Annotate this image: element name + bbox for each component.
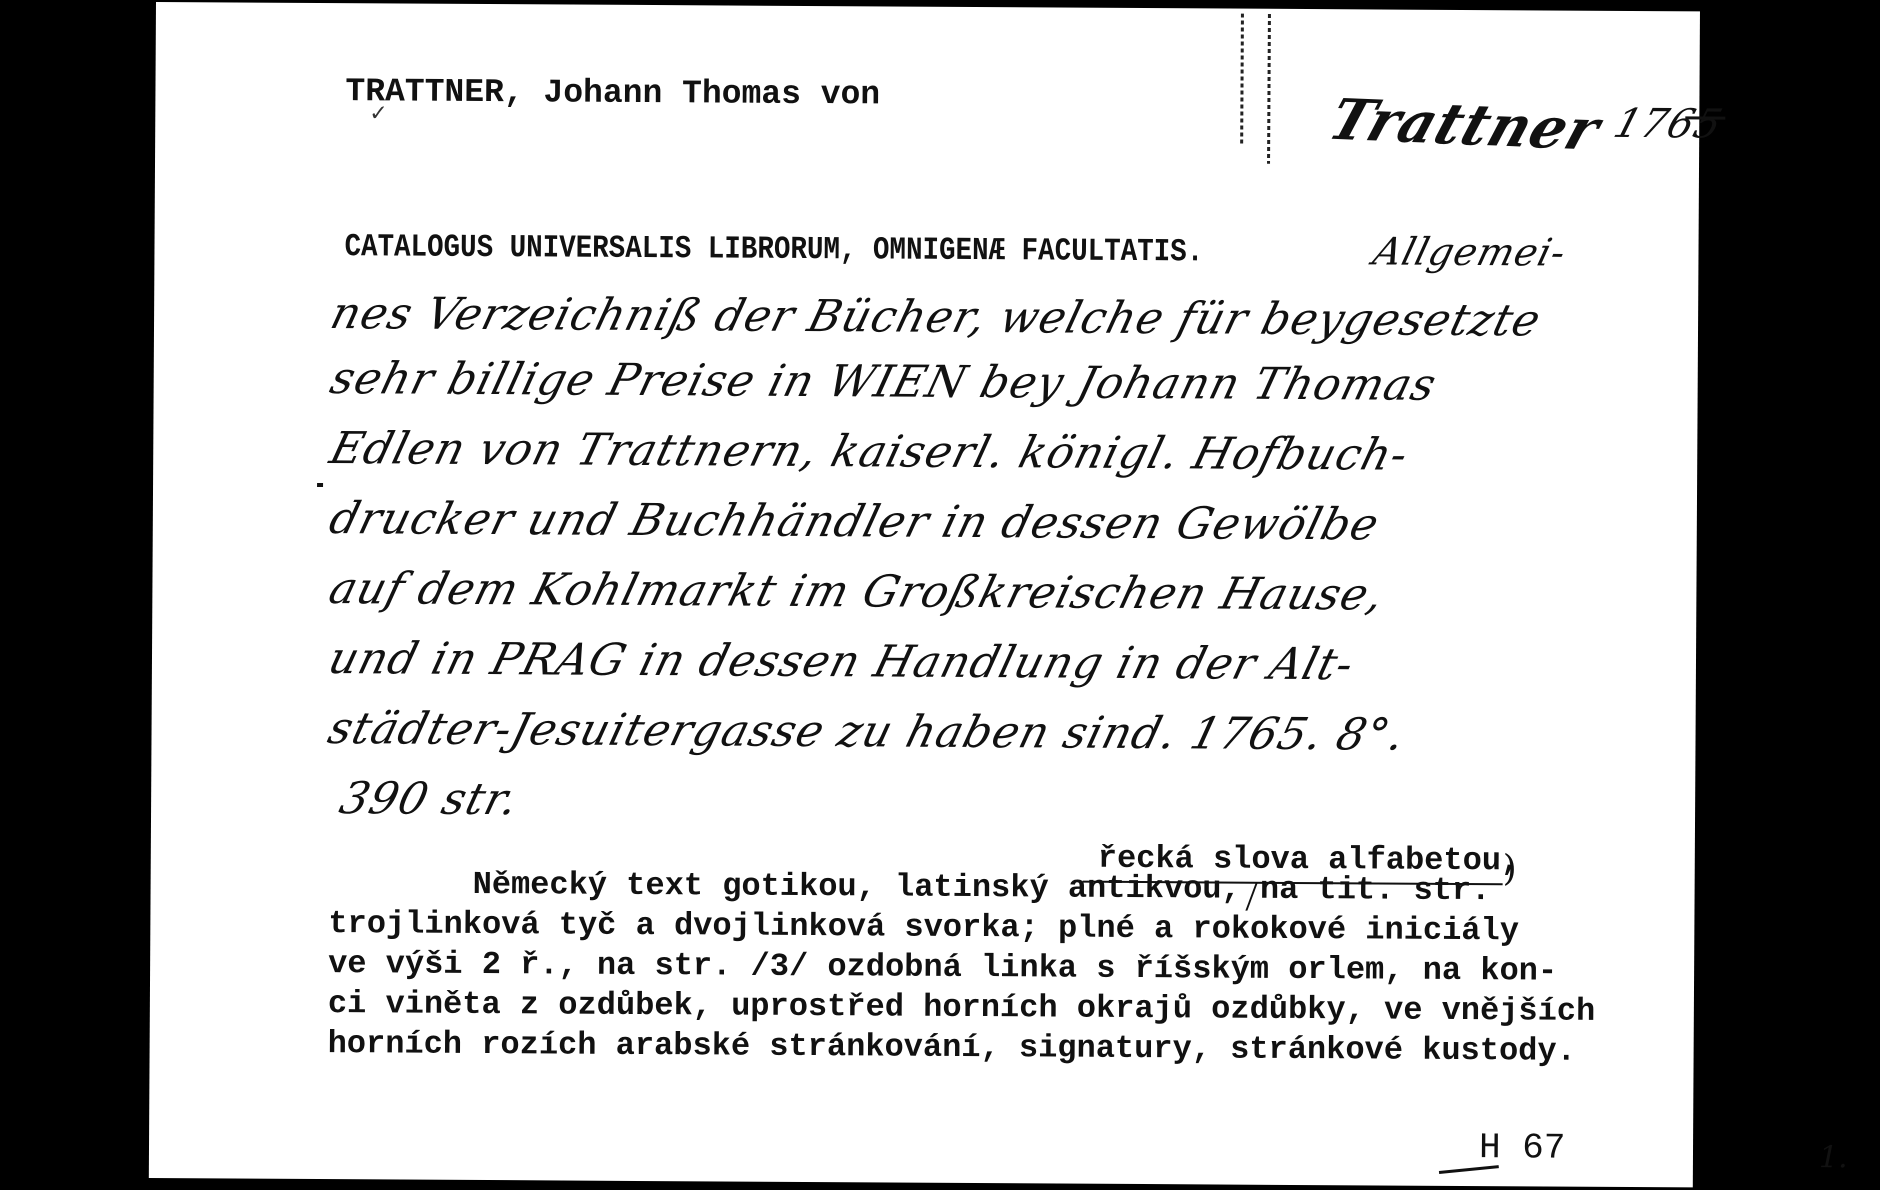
handwritten-name: Trattner: [1321, 87, 1609, 164]
handwritten-year: 1765: [1609, 101, 1728, 148]
author-heading: TRATTNER, Johann Thomas von: [345, 73, 880, 113]
year-underline: [1685, 116, 1725, 119]
shelfmark-underline: [1439, 1165, 1499, 1174]
shelfmark: H 67: [1479, 1127, 1566, 1169]
page-marker: 1.: [1819, 1140, 1848, 1175]
handwritten-title-line: Edlen von Trattnern, kaiserl. königl. Ho…: [325, 423, 1414, 480]
stamp-border-left: [1240, 14, 1244, 144]
handwritten-title-line: drucker und Buchhändler in dessen Gewölb…: [324, 493, 1384, 550]
description-line: Německý text gotikou, latinský antikvou,…: [329, 865, 1491, 909]
typed-title: CATALOGUS UNIVERSALIS LIBRORUM, OMNIGENÆ…: [344, 228, 1203, 270]
description-line: ci viněta z ozdůbek, uprostřed horních o…: [328, 985, 1596, 1030]
stamp-border-right: [1267, 14, 1271, 164]
handwritten-title-line: sehr billige Preise in WIEN bey Johann T…: [325, 353, 1442, 411]
description-line: trojlinková tyč a dvojlinková svorka; pl…: [328, 905, 1519, 949]
description-line: horních rozích arabské stránkování, sign…: [328, 1025, 1576, 1070]
handwritten-title-line: auf dem Kohlmarkt im Großkreischen Hause…: [324, 563, 1390, 620]
insertion-paren: ): [1503, 848, 1517, 889]
handwritten-title-line: städter-Jesuitergasse zu haben sind. 176…: [323, 703, 1411, 760]
handwritten-title-line: nes Verzeichniß der Bücher, welche für b…: [326, 288, 1547, 346]
margin-mark: [317, 483, 323, 487]
handwritten-title-start: Allgemei-: [1369, 229, 1571, 274]
description-line: ve výši 2 ř., na str. /3/ ozdobná linka …: [328, 945, 1557, 990]
handwritten-page-count: 390 str.: [335, 773, 524, 825]
handwritten-title-line: und in PRAG in dessen Handlung in der Al…: [323, 633, 1359, 690]
catalog-card: ✓ TRATTNER, Johann Thomas von Trattner 1…: [149, 2, 1700, 1187]
